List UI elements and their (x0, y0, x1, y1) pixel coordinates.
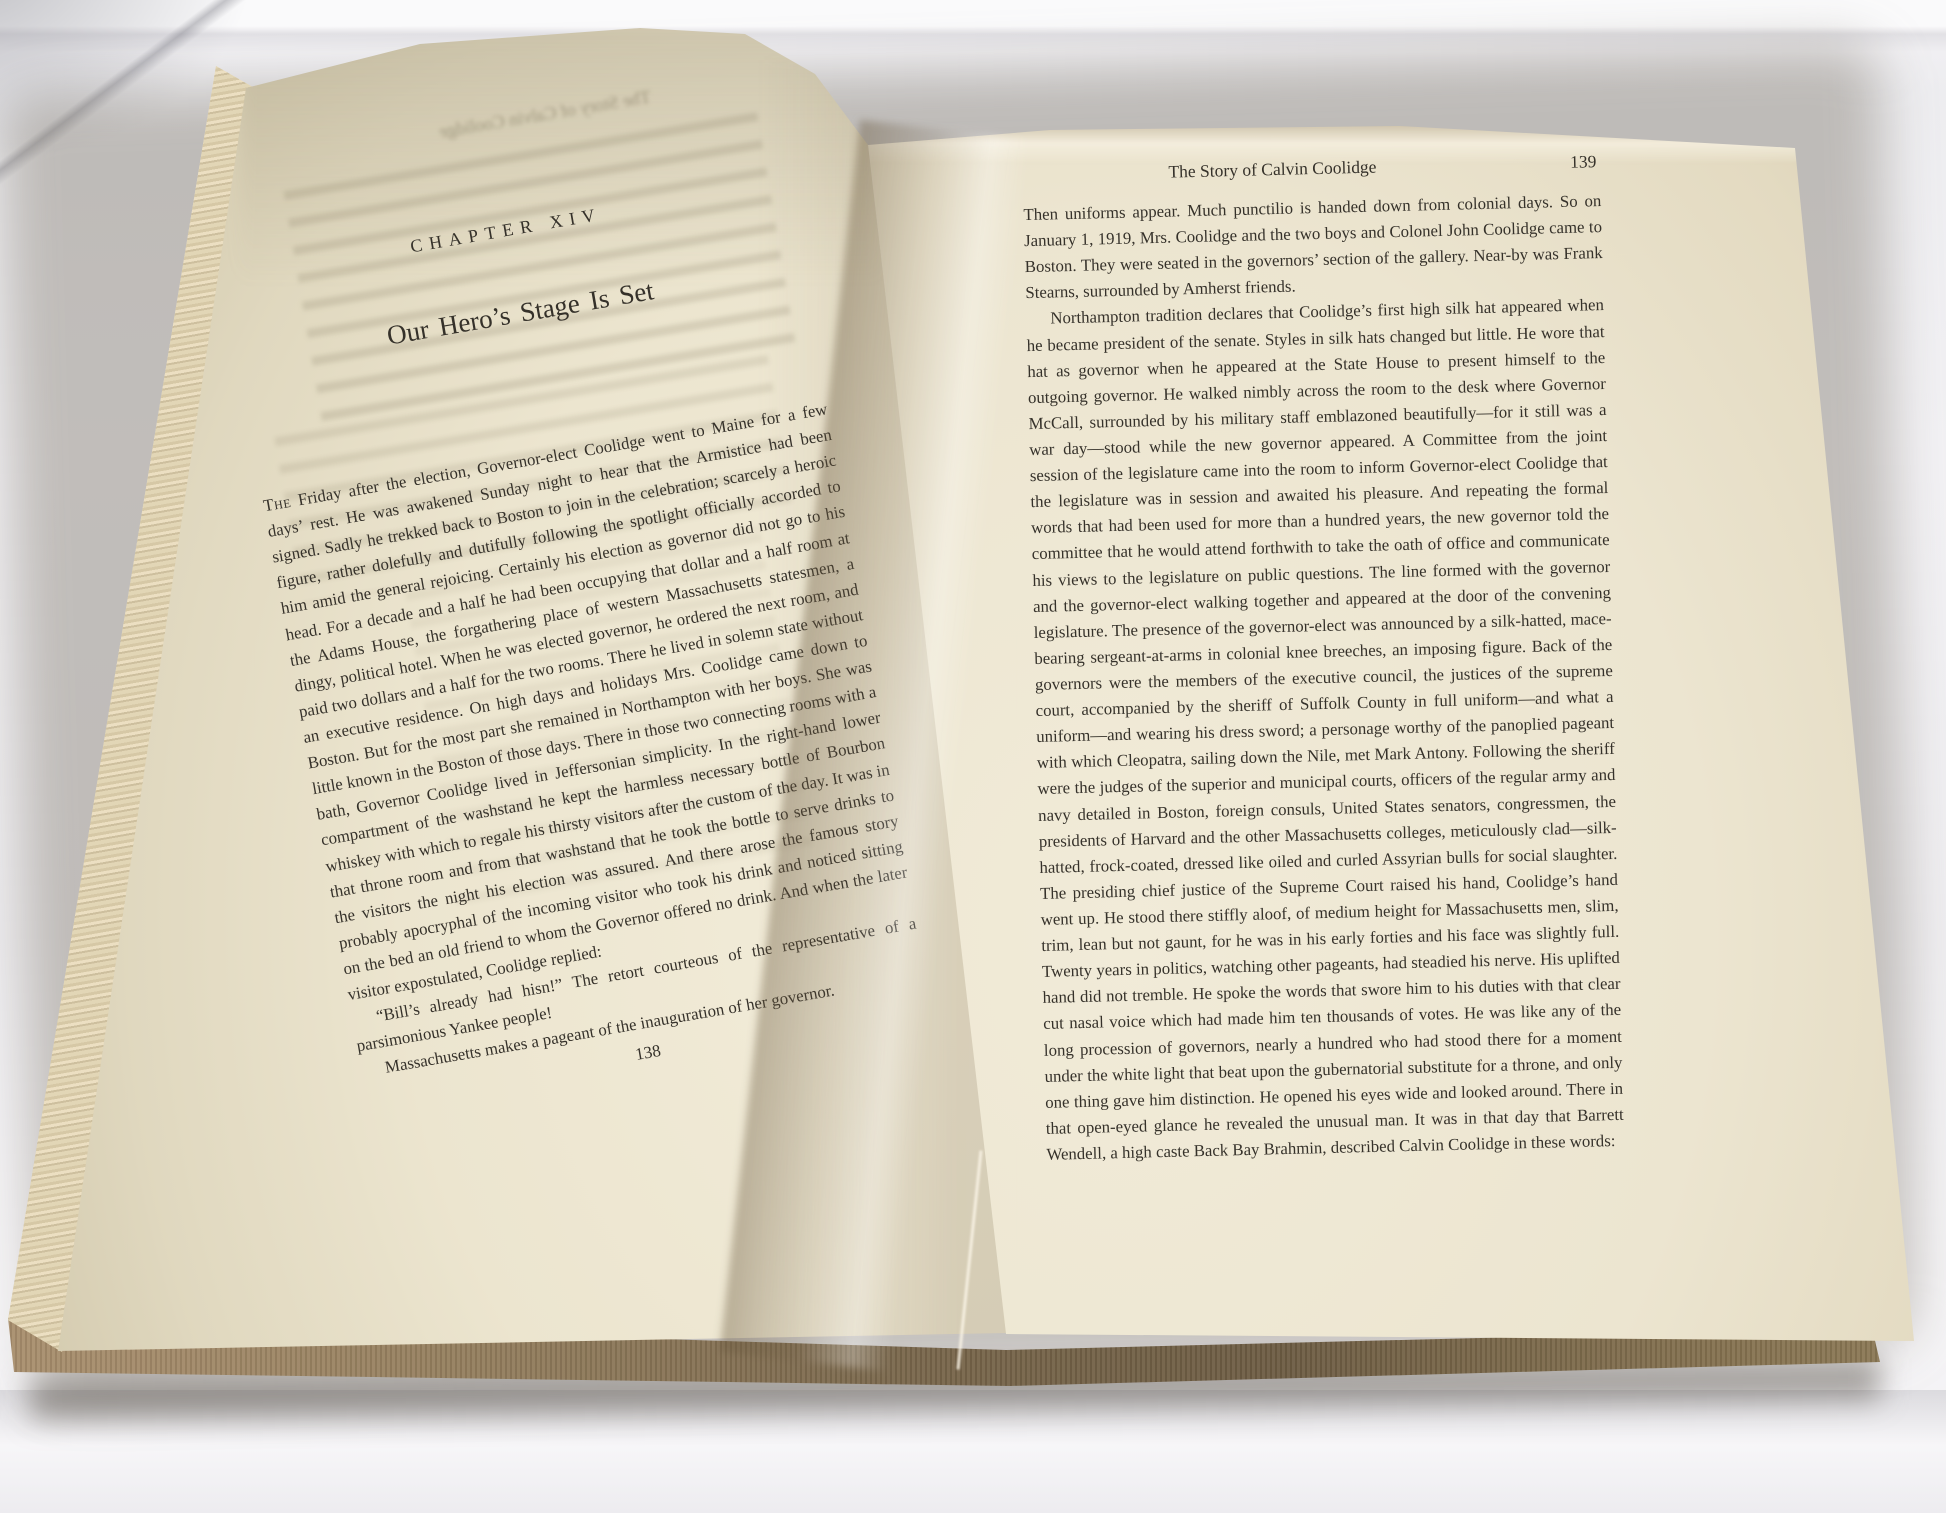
running-head-title: The Story of Calvin Coolidge (1168, 157, 1376, 182)
paragraph: Then uniforms appear. Much punctilio is … (1023, 188, 1603, 307)
right-page-body: Then uniforms appear. Much punctilio is … (1023, 188, 1624, 1168)
book-photo-scene: The Story of Calvin Coolidge CHAPTER XIV… (0, 0, 1946, 1513)
paragraph: Northampton tradition declares that Cool… (1026, 292, 1625, 1167)
lead-in-small-caps: The (262, 492, 293, 515)
page-number-right: 139 (1570, 151, 1597, 173)
right-page-text-block: The Story of Calvin Coolidge 139 Then un… (1022, 151, 1624, 1168)
